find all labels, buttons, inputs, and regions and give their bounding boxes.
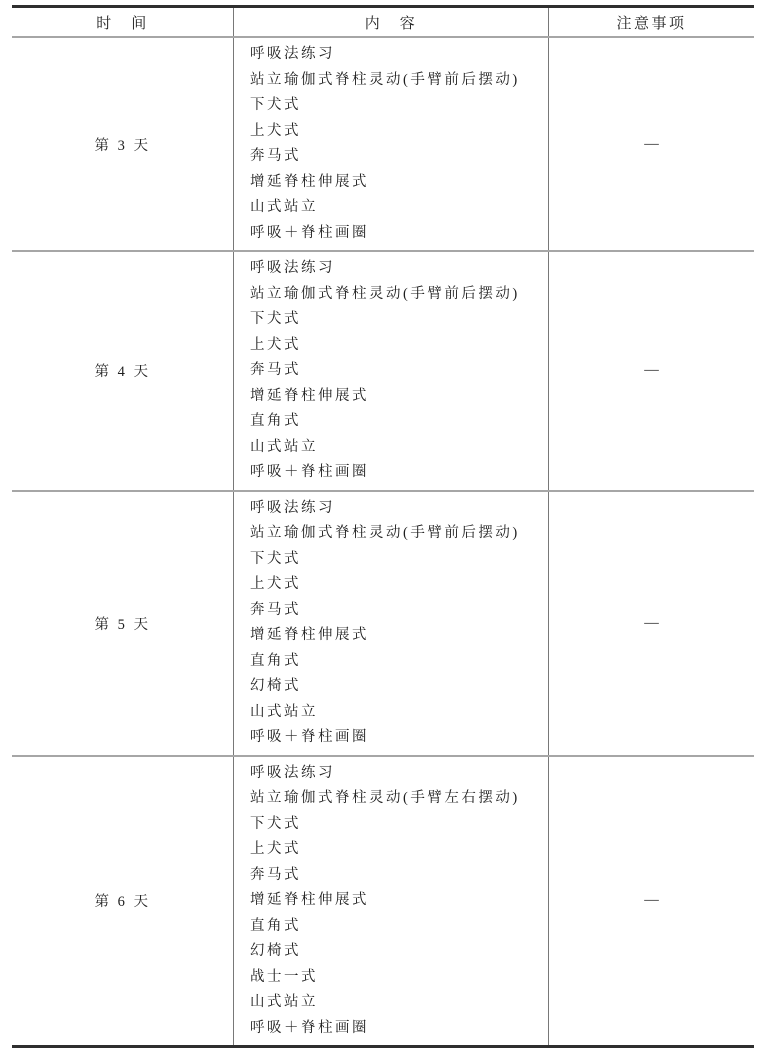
exercise-item: 山式站立 bbox=[250, 700, 542, 726]
header-content: 内 容 bbox=[233, 8, 548, 36]
exercise-item: 上犬式 bbox=[250, 119, 542, 145]
header-time: 时 间 bbox=[12, 8, 233, 36]
exercise-item: 呼吸法练习 bbox=[250, 496, 542, 522]
note-value: — bbox=[548, 757, 754, 1046]
table-header-row: 时 间 内 容 注意事项 bbox=[12, 8, 754, 38]
exercise-item: 上犬式 bbox=[250, 333, 542, 359]
exercise-item: 奔马式 bbox=[250, 358, 542, 384]
exercise-item: 上犬式 bbox=[250, 837, 542, 863]
exercise-item: 呼吸法练习 bbox=[250, 42, 542, 68]
exercise-item: 呼吸＋脊柱画圈 bbox=[250, 725, 542, 751]
note-value: — bbox=[548, 38, 754, 250]
exercise-item: 呼吸法练习 bbox=[250, 761, 542, 787]
exercise-item: 上犬式 bbox=[250, 572, 542, 598]
exercise-item: 奔马式 bbox=[250, 144, 542, 170]
exercise-item: 站立瑜伽式脊柱灵动(手臂左右摆动) bbox=[250, 786, 542, 812]
exercise-item: 增延脊柱伸展式 bbox=[250, 384, 542, 410]
note-value: — bbox=[548, 492, 754, 755]
day-label: 第 3 天 bbox=[12, 38, 233, 250]
training-schedule-table: 时 间 内 容 注意事项 第 3 天 呼吸法练习站立瑜伽式脊柱灵动(手臂前后摆动… bbox=[12, 5, 754, 1048]
day-label: 第 6 天 bbox=[12, 757, 233, 1046]
exercise-item: 站立瑜伽式脊柱灵动(手臂前后摆动) bbox=[250, 282, 542, 308]
exercise-list: 呼吸法练习站立瑜伽式脊柱灵动(手臂前后摆动)下犬式上犬式奔马式增延脊柱伸展式直角… bbox=[233, 252, 548, 490]
exercise-item: 增延脊柱伸展式 bbox=[250, 888, 542, 914]
exercise-item: 呼吸＋脊柱画圈 bbox=[250, 221, 542, 247]
day-label: 第 5 天 bbox=[12, 492, 233, 755]
exercise-item: 幻椅式 bbox=[250, 939, 542, 965]
exercise-item: 山式站立 bbox=[250, 990, 542, 1016]
exercise-item: 山式站立 bbox=[250, 435, 542, 461]
exercise-item: 战士一式 bbox=[250, 965, 542, 991]
table-body: 第 3 天 呼吸法练习站立瑜伽式脊柱灵动(手臂前后摆动)下犬式上犬式奔马式增延脊… bbox=[12, 38, 754, 1045]
table-row: 第 3 天 呼吸法练习站立瑜伽式脊柱灵动(手臂前后摆动)下犬式上犬式奔马式增延脊… bbox=[12, 38, 754, 252]
exercise-item: 呼吸＋脊柱画圈 bbox=[250, 1016, 542, 1042]
exercise-item: 下犬式 bbox=[250, 307, 542, 333]
note-value: — bbox=[548, 252, 754, 490]
exercise-item: 奔马式 bbox=[250, 863, 542, 889]
day-label: 第 4 天 bbox=[12, 252, 233, 490]
exercise-item: 呼吸法练习 bbox=[250, 256, 542, 282]
exercise-item: 下犬式 bbox=[250, 93, 542, 119]
exercise-item: 直角式 bbox=[250, 914, 542, 940]
exercise-list: 呼吸法练习站立瑜伽式脊柱灵动(手臂前后摆动)下犬式上犬式奔马式增延脊柱伸展式直角… bbox=[233, 492, 548, 755]
exercise-item: 站立瑜伽式脊柱灵动(手臂前后摆动) bbox=[250, 68, 542, 94]
table-row: 第 5 天 呼吸法练习站立瑜伽式脊柱灵动(手臂前后摆动)下犬式上犬式奔马式增延脊… bbox=[12, 492, 754, 757]
exercise-item: 站立瑜伽式脊柱灵动(手臂前后摆动) bbox=[250, 521, 542, 547]
exercise-item: 奔马式 bbox=[250, 598, 542, 624]
exercise-item: 山式站立 bbox=[250, 195, 542, 221]
exercise-item: 直角式 bbox=[250, 649, 542, 675]
exercise-list: 呼吸法练习站立瑜伽式脊柱灵动(手臂左右摆动)下犬式上犬式奔马式增延脊柱伸展式直角… bbox=[233, 757, 548, 1046]
exercise-item: 下犬式 bbox=[250, 547, 542, 573]
exercise-item: 呼吸＋脊柱画圈 bbox=[250, 460, 542, 486]
exercise-item: 增延脊柱伸展式 bbox=[250, 623, 542, 649]
header-notes: 注意事项 bbox=[548, 8, 754, 36]
exercise-item: 下犬式 bbox=[250, 812, 542, 838]
exercise-item: 增延脊柱伸展式 bbox=[250, 170, 542, 196]
table-row: 第 6 天 呼吸法练习站立瑜伽式脊柱灵动(手臂左右摆动)下犬式上犬式奔马式增延脊… bbox=[12, 757, 754, 1046]
exercise-list: 呼吸法练习站立瑜伽式脊柱灵动(手臂前后摆动)下犬式上犬式奔马式增延脊柱伸展式山式… bbox=[233, 38, 548, 250]
exercise-item: 直角式 bbox=[250, 409, 542, 435]
book-page: 时 间 内 容 注意事项 第 3 天 呼吸法练习站立瑜伽式脊柱灵动(手臂前后摆动… bbox=[0, 0, 765, 1053]
exercise-item: 幻椅式 bbox=[250, 674, 542, 700]
table-row: 第 4 天 呼吸法练习站立瑜伽式脊柱灵动(手臂前后摆动)下犬式上犬式奔马式增延脊… bbox=[12, 252, 754, 492]
